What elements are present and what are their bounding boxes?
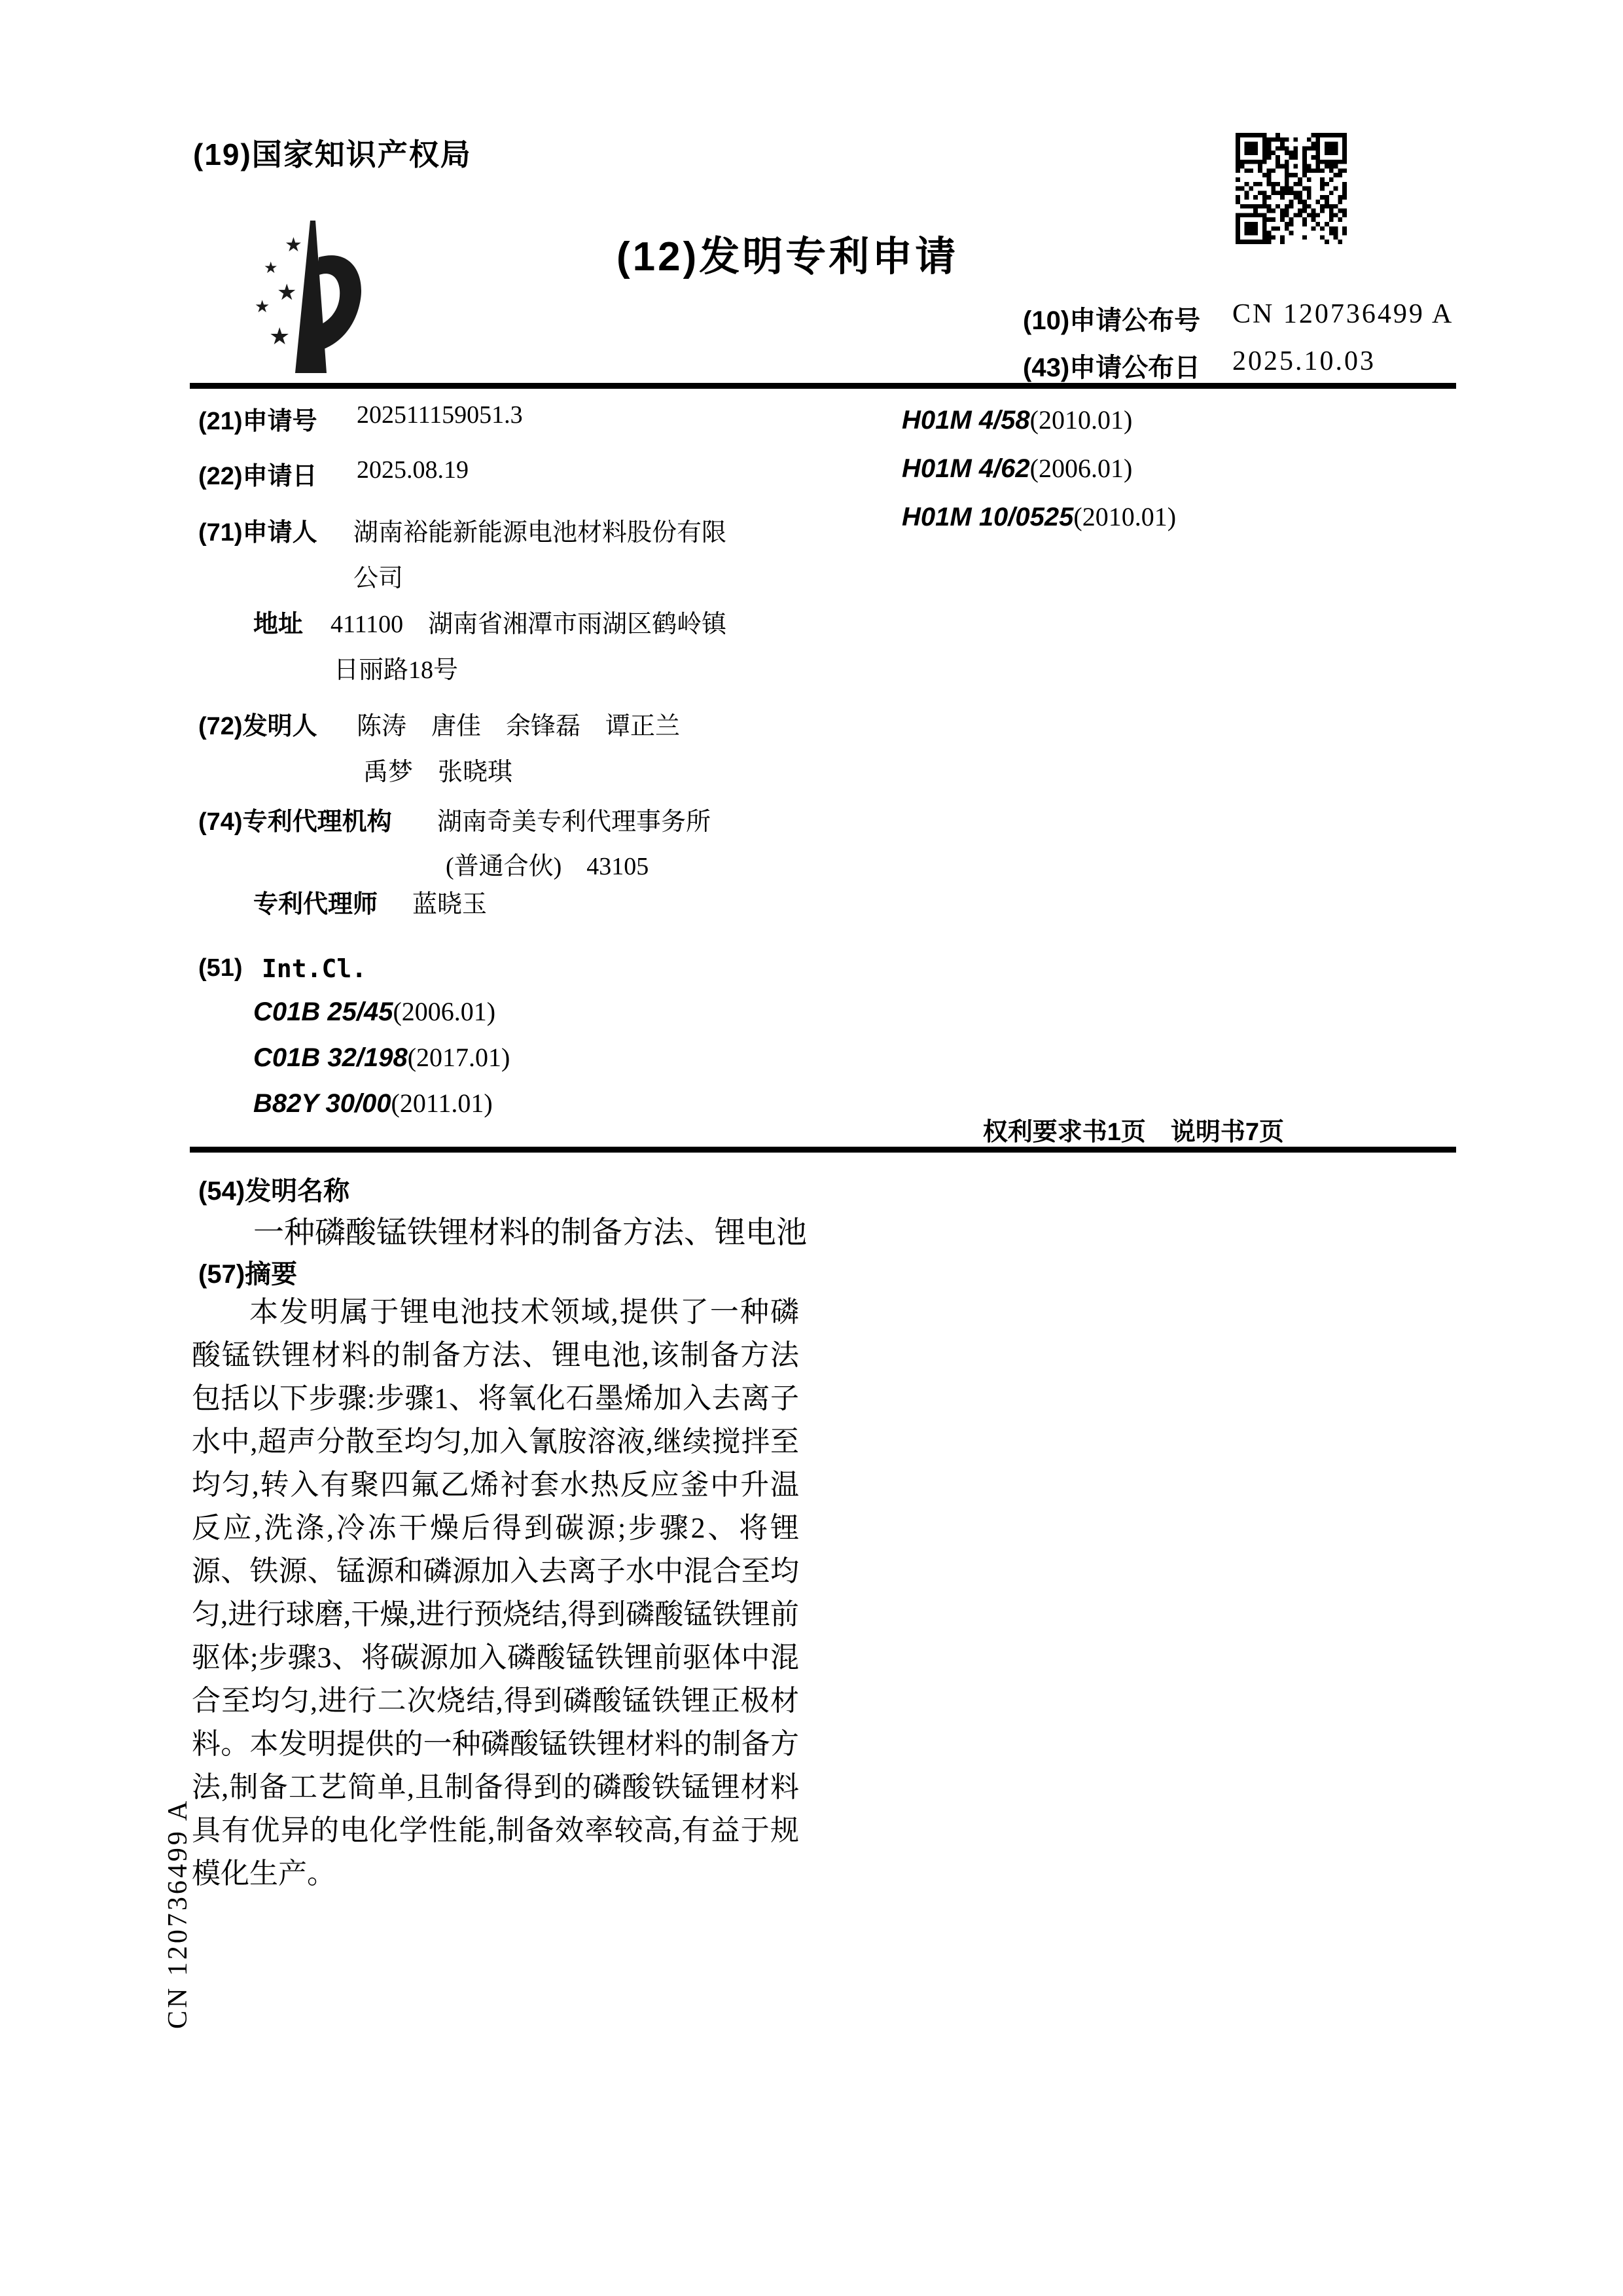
applicant-name-line2: 公司 [353,558,403,594]
ipc-code: C01B 25/45 [253,997,393,1026]
app-number-label: (21)申请号 [198,401,317,437]
ipc-code: H01M 4/62 [902,454,1030,483]
office-name: (19)国家知识产权局 [193,131,472,174]
agency-detail: (普通合伙) 43105 [446,846,649,882]
abstract-text: 本发明属于锂电池技术领域,提供了一种磷酸锰铁锂材料的制备方法、锂电池,该制备方法… [192,1291,799,1895]
qr-code [1236,133,1347,244]
ipc-entry: H01M 10/0525(2010.01) [902,501,1176,532]
star-icon: ★ [269,323,290,350]
ipc-version: (2017.01) [408,1043,510,1072]
address-label: 地址 [253,603,303,639]
document-type-title: (12)发明专利申请 [616,224,958,282]
pub-number-value: CN 120736499 A [1232,298,1454,330]
intcl-number: (51) [198,954,243,982]
applicant-label: (71)申请人 [198,512,317,548]
star-icon: ★ [285,234,302,257]
ipc-version: (2006.01) [1030,454,1133,483]
invention-title: 一种磷酸锰铁锂材料的制备方法、锂电池 [253,1208,807,1252]
agent-name: 蓝晓玉 [412,884,487,920]
address-line2: 日丽路18号 [334,649,458,685]
star-icon: ★ [277,279,296,306]
pub-number-label: (10)申请公布号 [1023,306,1200,335]
ipc-entry: B82Y 30/00(2011.01) [253,1088,493,1119]
ipc-entry: H01M 4/62(2006.01) [902,453,1132,484]
inventors-line2: 禹梦 张晓琪 [363,751,512,787]
pages-note: 权利要求书1页 说明书7页 [976,1111,1284,1147]
app-date-label: (22)申请日 [198,456,317,492]
applicant-name-line1: 湖南裕能新能源电池材料股份有限 [353,512,726,548]
agency-name: 湖南奇美专利代理事务所 [437,801,711,837]
ipc-version: (2010.01) [1073,502,1176,531]
ipc-entry: C01B 32/198(2017.01) [253,1042,510,1073]
star-icon: ★ [264,259,278,278]
inventors-line1: 陈涛 唐佳 余锋磊 谭正兰 [357,706,680,742]
ipc-code: H01M 10/0525 [902,503,1073,531]
pub-date-label: (43)申请公布日 [1023,353,1200,382]
agency-label: (74)专利代理机构 [198,801,392,837]
publication-date-row: (43)申请公布日 2025.10.03 [1023,347,1200,384]
ipc-version: (2010.01) [1030,405,1133,435]
ipc-entry: C01B 25/45(2006.01) [253,996,495,1027]
publication-number-row: (10)申请公布号 CN 120736499 A [1023,300,1200,337]
intcl-label: Int.Cl. [262,954,366,983]
divider-middle [190,1147,1456,1153]
abstract-label: (57)摘要 [198,1253,297,1291]
cnipa-logo: ★ ★ ★ ★ ★ [252,219,376,373]
star-icon: ★ [255,296,270,317]
ipc-entry: H01M 4/58(2010.01) [902,404,1132,435]
address-line1: 411100 湖南省湘潭市雨湖区鹤岭镇 [330,603,726,639]
app-date-value: 2025.08.19 [357,456,469,484]
ipc-code: C01B 32/198 [253,1043,408,1072]
inventors-label: (72)发明人 [198,706,317,742]
ipc-version: (2011.01) [391,1088,493,1118]
pub-date-value: 2025.10.03 [1232,346,1376,377]
ipc-code: H01M 4/58 [902,406,1030,435]
invention-title-label: (54)发明名称 [198,1170,349,1208]
app-number-value: 202511159051.3 [357,401,523,429]
patent-cover-page: (19)国家知识产权局 ★ ★ ★ ★ ★ (12)发明专利申请 (10)申请公… [0,0,1623,2296]
ipc-version: (2006.01) [393,997,495,1026]
agent-label: 专利代理师 [253,884,378,920]
ipc-code: B82Y 30/00 [253,1089,391,1118]
side-publication-code: CN 120736499 A [162,1799,194,2029]
divider-top [190,383,1456,389]
